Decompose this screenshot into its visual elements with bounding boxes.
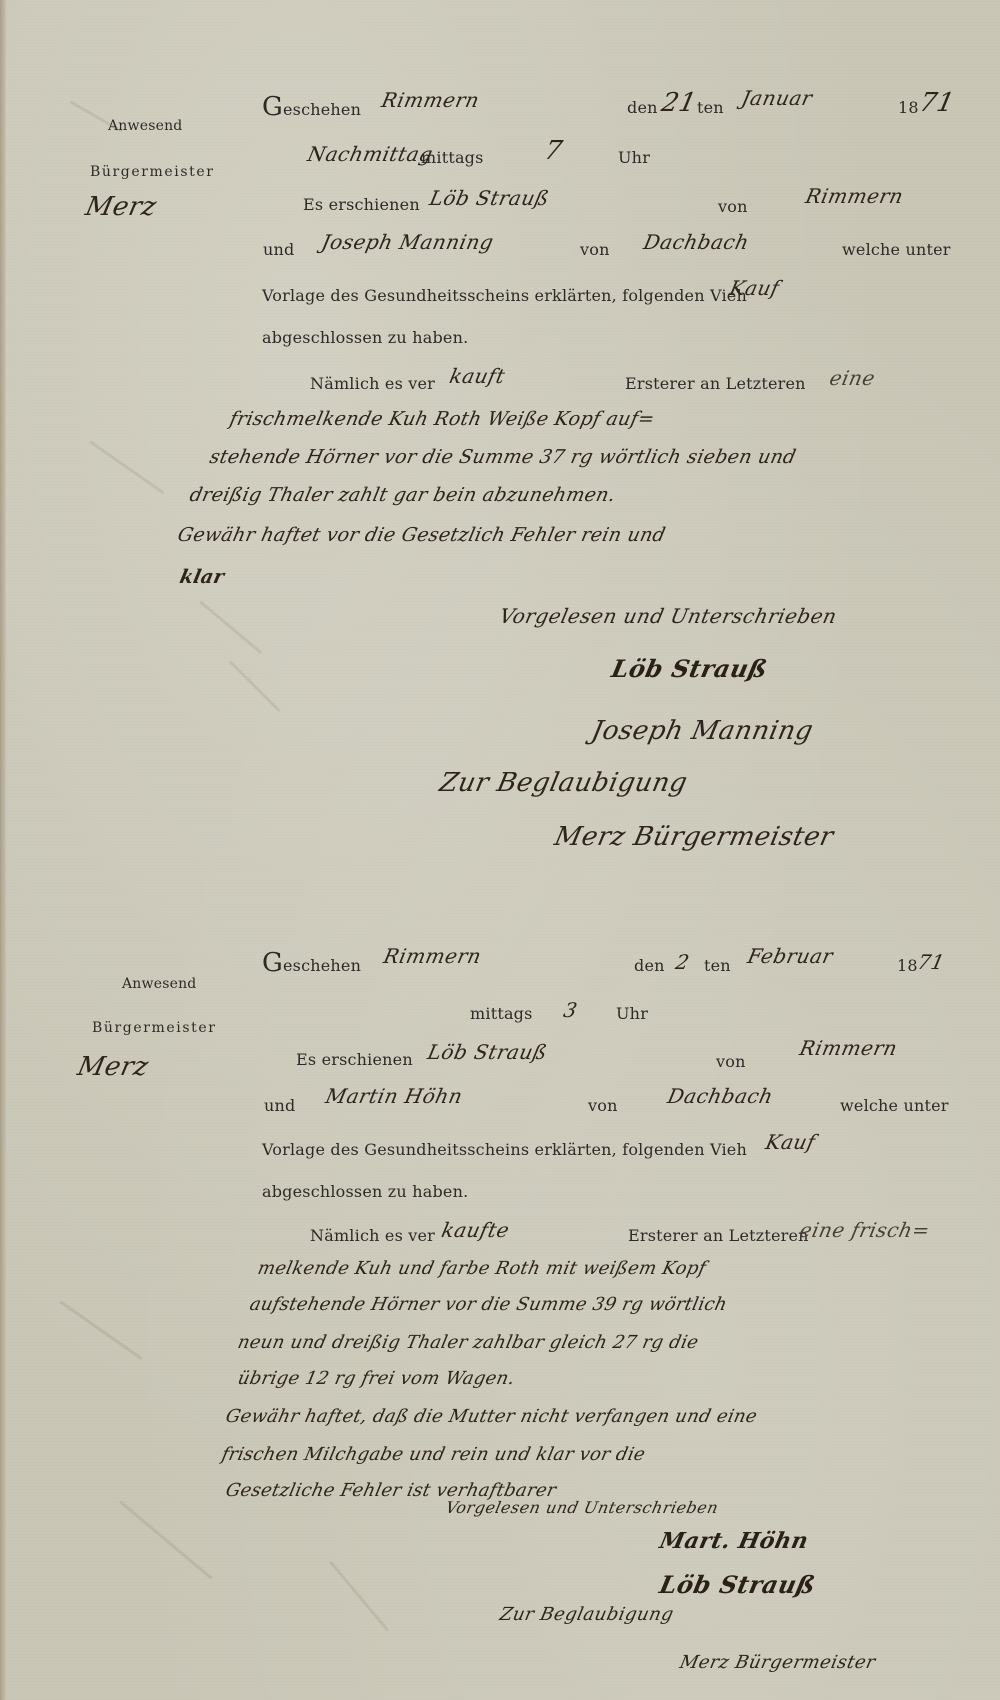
trade-word: Kauf [763,1130,817,1154]
place: Rimmern [381,944,483,968]
hour-unit: Uhr [616,1004,648,1023]
mayor-name: Merz [75,1052,152,1082]
day-label: den [634,956,665,975]
body-line: aufstehende Hörner vor die Summe 39 rg w… [248,1294,729,1315]
trade-verb: kaufte [439,1218,511,1242]
parties-label: Ersterer an Letzteren [628,1226,809,1245]
declaration-closing: abgeschlossen zu haben. [262,1182,468,1201]
mayor-label: Bürgermeister [92,1020,217,1036]
read-signed: Vorgelesen und Unterschrieben [444,1498,720,1517]
party2-place: Dachbach [665,1084,775,1108]
body-line: übrige 12 rg frei vom Wagen. [236,1368,517,1389]
body-first-word: eine frisch= [797,1218,932,1242]
month: Februar [745,944,835,968]
party2-name: Martin Höhn [323,1084,464,1108]
day: 2 [673,950,691,974]
present-label: Anwesend [122,976,196,992]
body-line: neun und dreißig Thaler zahlbar gleich 2… [236,1332,701,1353]
year-suffix: 71 [915,950,947,974]
body-line: melkende Kuh und farbe Roth mit weißem K… [256,1258,708,1279]
hour: 3 [561,998,579,1022]
mayor-signature: Merz Bürgermeister [678,1652,878,1673]
day-suffix: ten [704,956,731,975]
signature-2: Löb Strauß [657,1570,818,1599]
namely-label: Nämlich es ver [310,1226,435,1245]
which-label: welche unter [840,1096,949,1115]
appeared-label: Es erschienen [296,1050,413,1069]
from-label-2: von [588,1096,618,1115]
done-label: Geschehen [262,948,361,978]
signature-1: Mart. Höhn [657,1528,811,1554]
midday-label: mittags [470,1004,533,1023]
register-entry-2: Anwesend Bürgermeister Merz Geschehen Ri… [0,0,1000,1700]
register-page: Anwesend Bürgermeister Merz Geschehen Ri… [0,0,1000,1700]
body-line: Gewähr haftet, daß die Mutter nicht verf… [224,1406,759,1427]
certification: Zur Beglaubigung [498,1604,676,1625]
declaration-text: Vorlage des Gesundheitsscheins erklärten… [262,1140,747,1159]
party1-place: Rimmern [797,1036,899,1060]
from-label: von [716,1052,746,1071]
and-label: und [264,1096,295,1115]
body-line: frischen Milchgabe und rein und klar vor… [220,1444,648,1465]
party1-name: Löb Strauß [425,1040,549,1064]
